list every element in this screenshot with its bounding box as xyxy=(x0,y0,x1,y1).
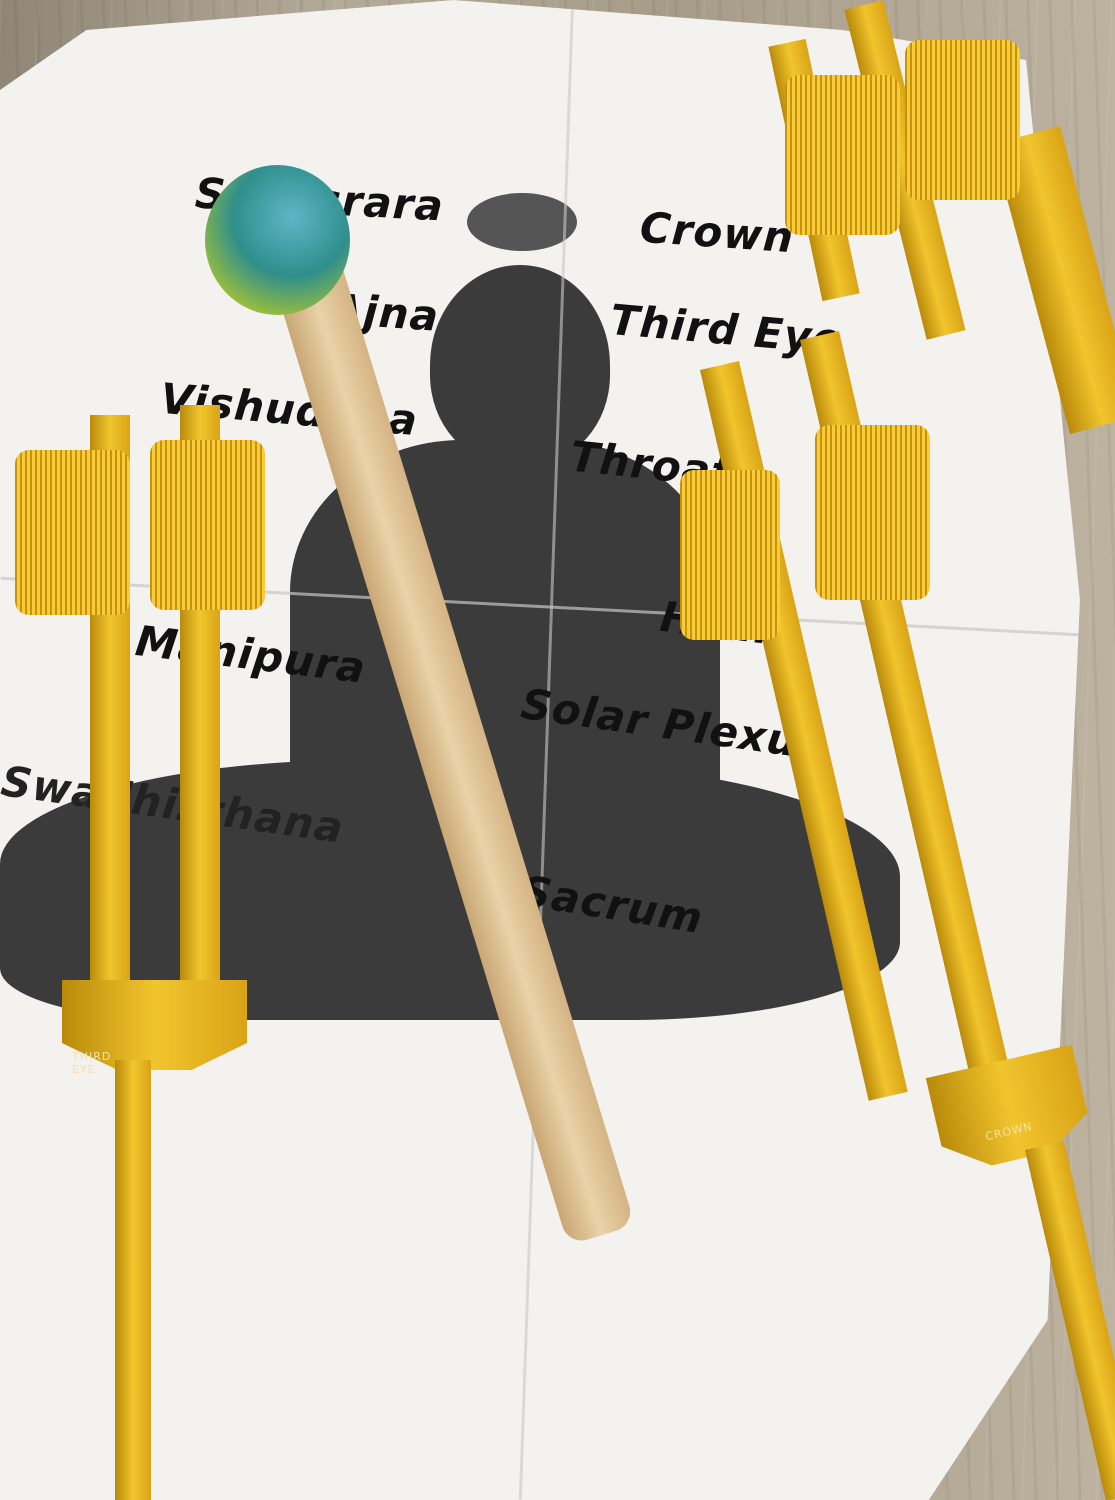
fork-weight xyxy=(150,440,265,610)
crown-chakra-symbol xyxy=(467,193,577,251)
fork-weight xyxy=(785,75,900,235)
fork-weight xyxy=(905,40,1020,200)
fork-weight xyxy=(15,450,130,615)
fork-stem xyxy=(115,1060,151,1500)
fork-weight xyxy=(680,470,780,640)
label-crown: Crown xyxy=(638,203,795,263)
fork-engraving-third-eye: THIRD EYE xyxy=(72,1050,111,1076)
fork-weight xyxy=(815,425,930,600)
mallet-ball xyxy=(205,165,350,315)
